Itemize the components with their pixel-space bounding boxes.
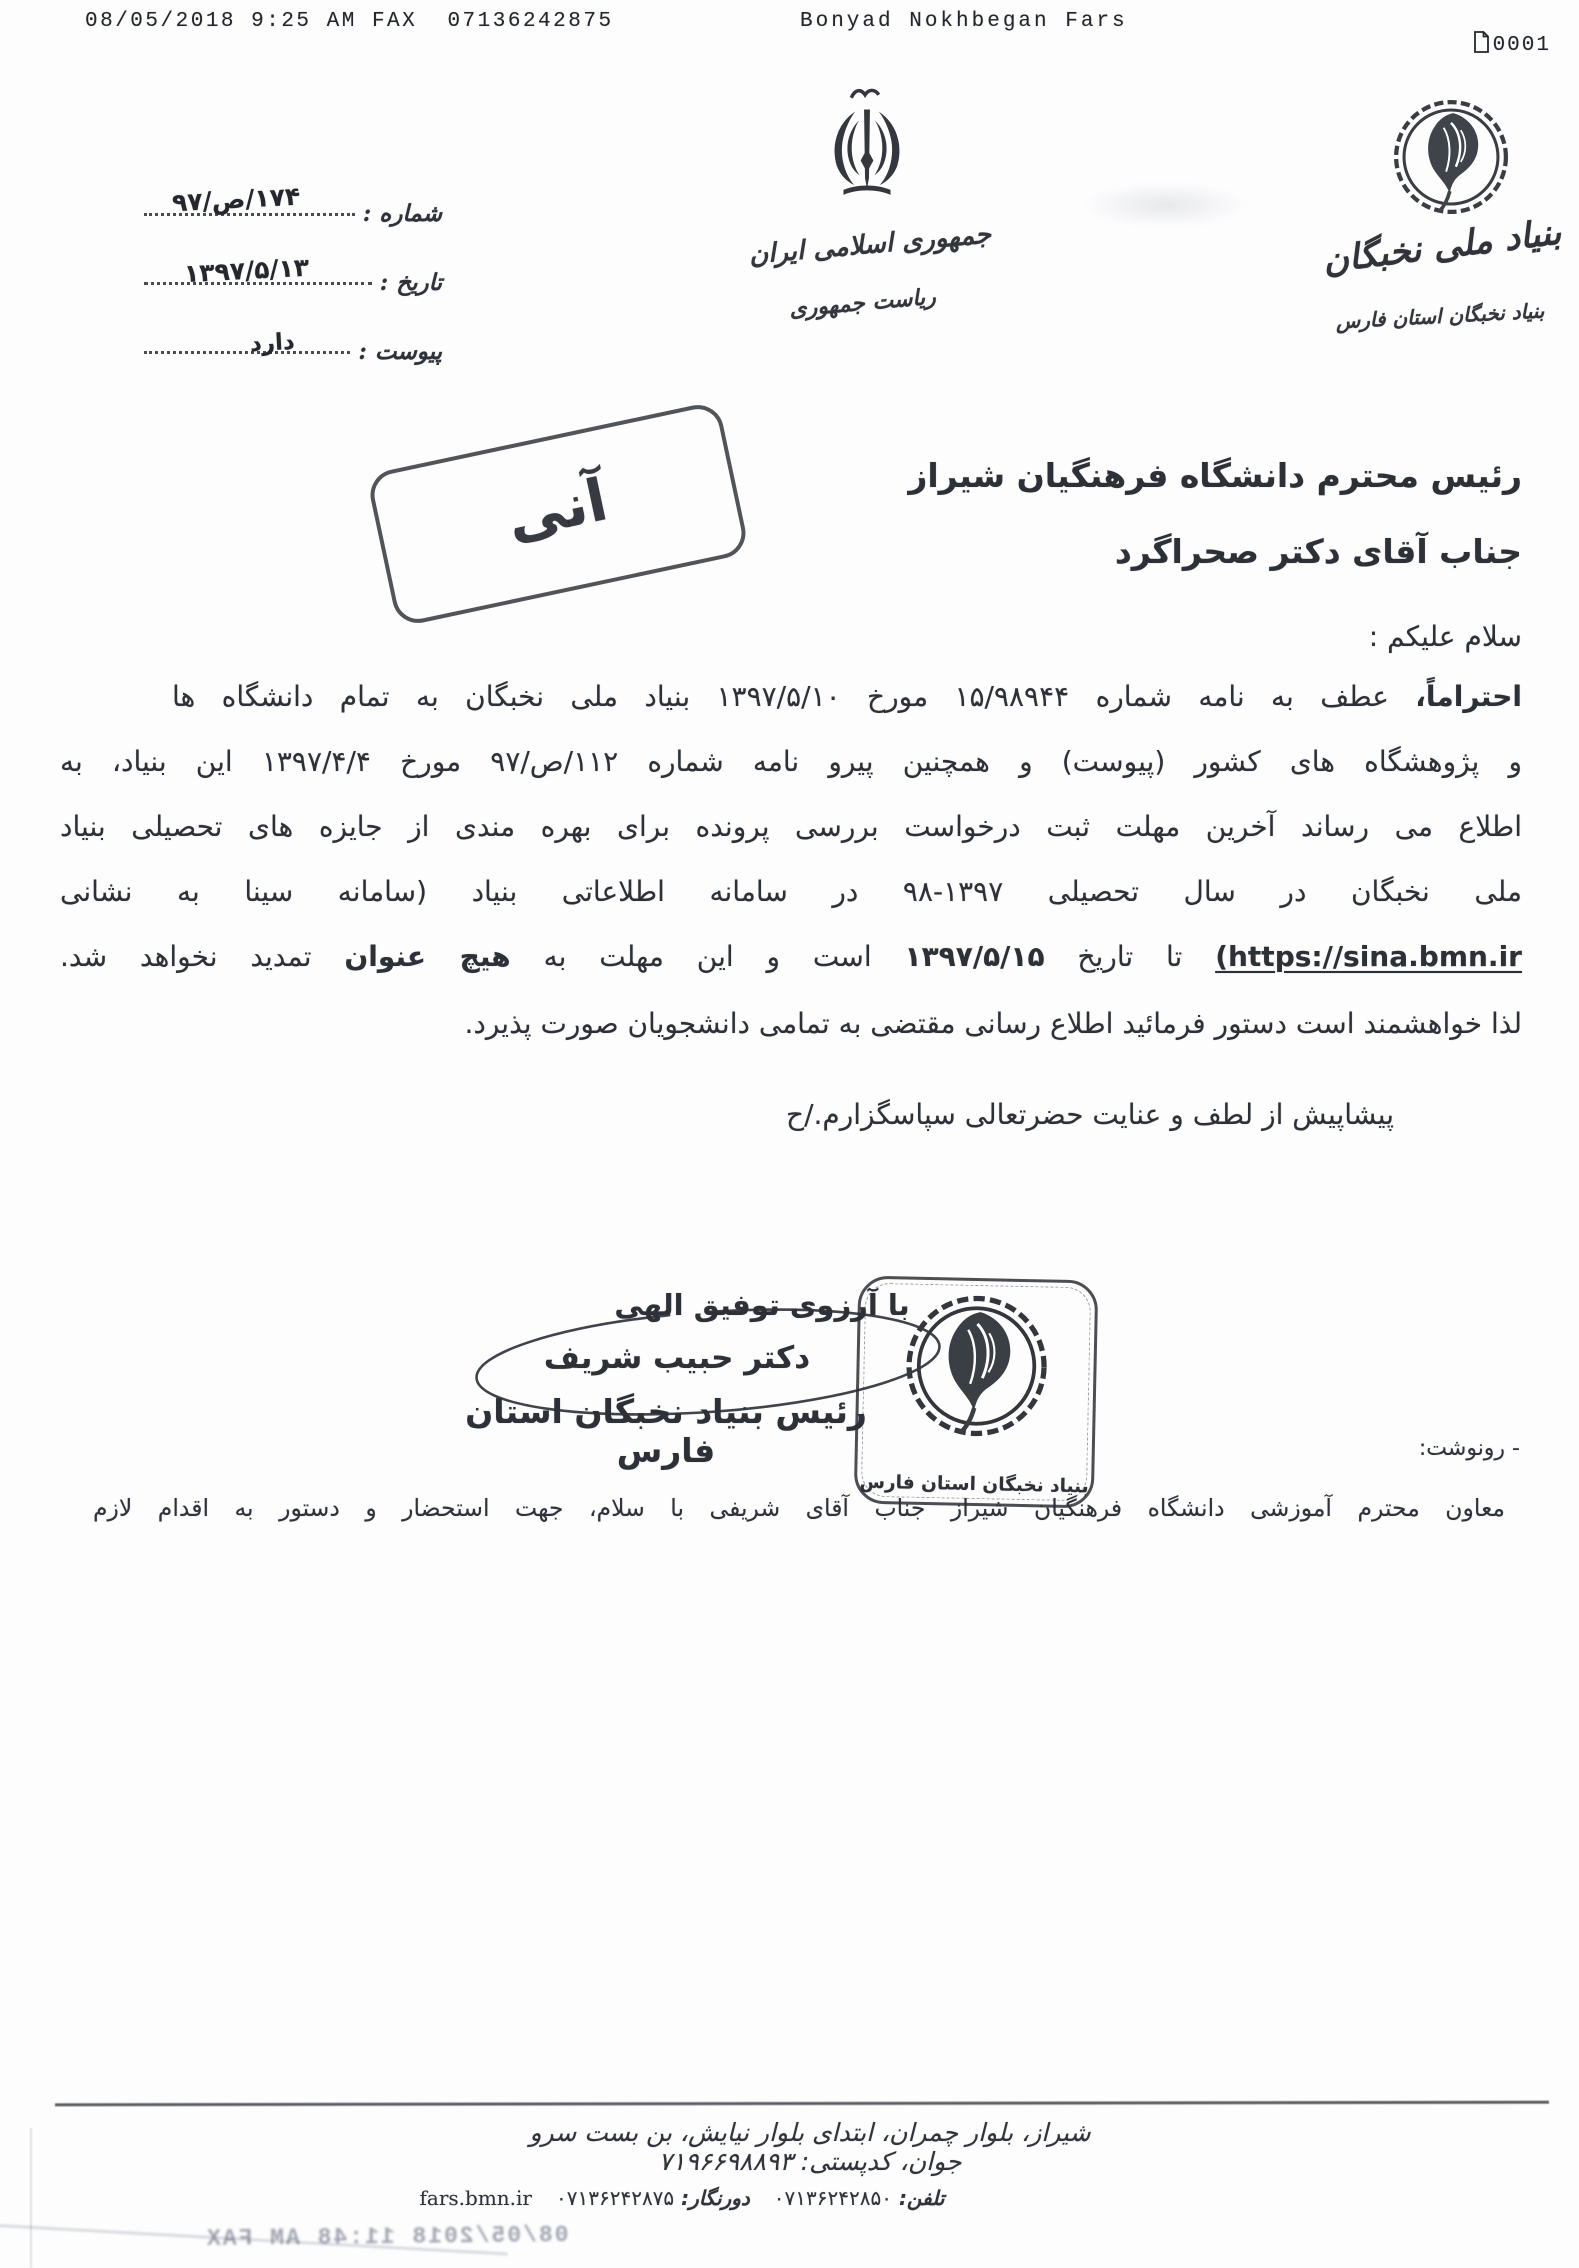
phone-number: ۰۷۱۳۶۲۴۲۸۵۰ <box>774 2186 892 2210</box>
date-label: تاریخ : <box>380 269 442 296</box>
org-subtitle: بنیاد نخبگان استان فارس <box>1320 298 1561 335</box>
cc-recipient-line: معاون محترم آموزشی دانشگاه فرهنگیان شیرا… <box>93 1494 1505 1522</box>
footer-address: شیراز، بلوار چمران، ابتدای بلوار نیایش، … <box>498 2118 1122 2176</box>
fax-bleed-through-text: 08/05/2018 11:48 AM FAX <box>205 2222 569 2252</box>
body-line-5-end: تمدید نخواهد شد. <box>60 940 344 973</box>
body-line-2: و پژوهشگاه های کشور (پیوست) و همچنین پیر… <box>60 729 1522 794</box>
letter-reference-fields: شماره : ۱۷۴/ص/۹۷ تاریخ : ۱۳۹۷/۵/۱۳ پیوست… <box>142 158 442 365</box>
footer-website: fars.bmn.ir <box>420 2186 532 2210</box>
closing-sentence: پیشاپیش از لطف و عنایت حضرتعالی سپاسگزار… <box>60 1082 1522 1147</box>
urgent-stamp-text: آنی <box>501 465 613 552</box>
attachment-handwritten-value: دارد <box>249 329 295 357</box>
field-date: تاریخ : ۱۳۹۷/۵/۱۳ <box>142 227 442 296</box>
body-line-3: اطلاع می رساند آخرین مهلت ثبت درخواست بر… <box>60 794 1522 859</box>
bonyad-seal-icon <box>1390 96 1512 218</box>
signatory-title: رئیس بنیاد نخبگان استان فارس <box>444 1392 888 1470</box>
scanned-letter-page: 08/05/2018 11:48 AM FAX 08/05/2018 9:25 … <box>0 0 1579 2268</box>
fax-page-number: 0001 <box>1493 34 1551 57</box>
attachment-label: پیوست : <box>358 338 442 365</box>
body-line-5: https://sina.bmn.ir) تا تاریخ ۱۳۹۷/۵/۱۵ … <box>60 924 1522 989</box>
fax-number: ۰۷۱۳۶۲۴۲۸۷۵ <box>556 2186 674 2210</box>
body-paragraph-2: لذا خواهشمند است دستور فرمائید اطلاع رسا… <box>60 991 1522 1056</box>
dotted-line <box>144 351 350 354</box>
footer-fax: دورنگار: ۰۷۱۳۶۲۴۲۸۷۵ <box>556 2186 750 2210</box>
footer-phone: تلفن: ۰۷۱۳۶۲۴۲۸۵۰ <box>774 2186 945 2210</box>
body-line-4: ملی نخبگان در سال تحصیلی ۱۳۹۷-۹۸ در ساما… <box>60 859 1522 924</box>
footer-divider <box>55 2101 1549 2107</box>
cc-label: - رونوشت: <box>1419 1436 1520 1461</box>
org-title-calligraphy: بنیاد ملی نخبگان <box>1320 212 1563 282</box>
no-extension-emphasis: هیچ عنوان <box>344 940 510 973</box>
phone-label: تلفن: <box>899 2186 945 2210</box>
body-line-1: احتراماً، عطف به نامه شماره ۱۵/۹۸۹۴۴ مور… <box>60 664 1522 729</box>
recipient-title: رئیس محترم دانشگاه فرهنگیان شیراز <box>908 456 1522 495</box>
scan-edge-artifact <box>30 2128 32 2268</box>
stamp-org-name: بنیاد نخبگان استان فارس <box>857 1472 1091 1498</box>
body-line-1-rest: عطف به نامه شماره ۱۵/۹۸۹۴۴ مورخ ۱۳۹۷/۵/۱… <box>172 680 1415 713</box>
body-line-5-text: است و این مهلت به <box>511 940 905 973</box>
signatory-name: دکتر حبیب شریف <box>487 1340 867 1376</box>
iran-emblem-icon <box>808 84 926 236</box>
body-line-5-text: تا تاریخ <box>1045 940 1216 973</box>
official-org-stamp: بنیاد نخبگان استان فارس <box>854 1276 1099 1509</box>
fax-sender-name: Bonyad Nokhbegan Fars <box>800 10 1128 33</box>
fax-page-counter: 0001 <box>1385 8 1551 83</box>
urgent-stamp: آنی <box>366 400 751 627</box>
recipient-name: جناب آقای دکتر صحراگرد <box>1115 532 1522 571</box>
salutation: سلام علیکم : <box>1369 620 1522 653</box>
fax-label: دورنگار: <box>681 2186 750 2210</box>
body-line-1-bold: احتراماً، <box>1415 680 1522 713</box>
field-attachment: پیوست : دارد <box>142 296 442 365</box>
scan-smudge <box>1080 182 1250 228</box>
page-icon <box>1385 8 1490 83</box>
sina-url-link: https://sina.bmn.ir) <box>1215 940 1522 973</box>
number-label: شماره : <box>363 200 442 227</box>
number-handwritten-value: ۱۷۴/ص/۹۷ <box>171 182 301 218</box>
footer-contacts: تلفن: ۰۷۱۳۶۲۴۲۸۵۰ دورنگار: ۰۷۱۳۶۲۴۲۸۷۵ f… <box>462 2186 902 2210</box>
deadline-date: ۱۳۹۷/۵/۱۵ <box>904 940 1044 973</box>
field-number: شماره : ۱۷۴/ص/۹۷ <box>142 158 442 227</box>
fax-timestamp: 08/05/2018 9:25 AM FAX 07136242875 <box>85 10 614 33</box>
bonyad-seal-icon <box>900 1289 1053 1442</box>
letter-body: احتراماً، عطف به نامه شماره ۱۵/۹۸۹۴۴ مور… <box>60 664 1522 1147</box>
emblem-caption-presidency: ریاست جمهوری <box>759 281 965 325</box>
